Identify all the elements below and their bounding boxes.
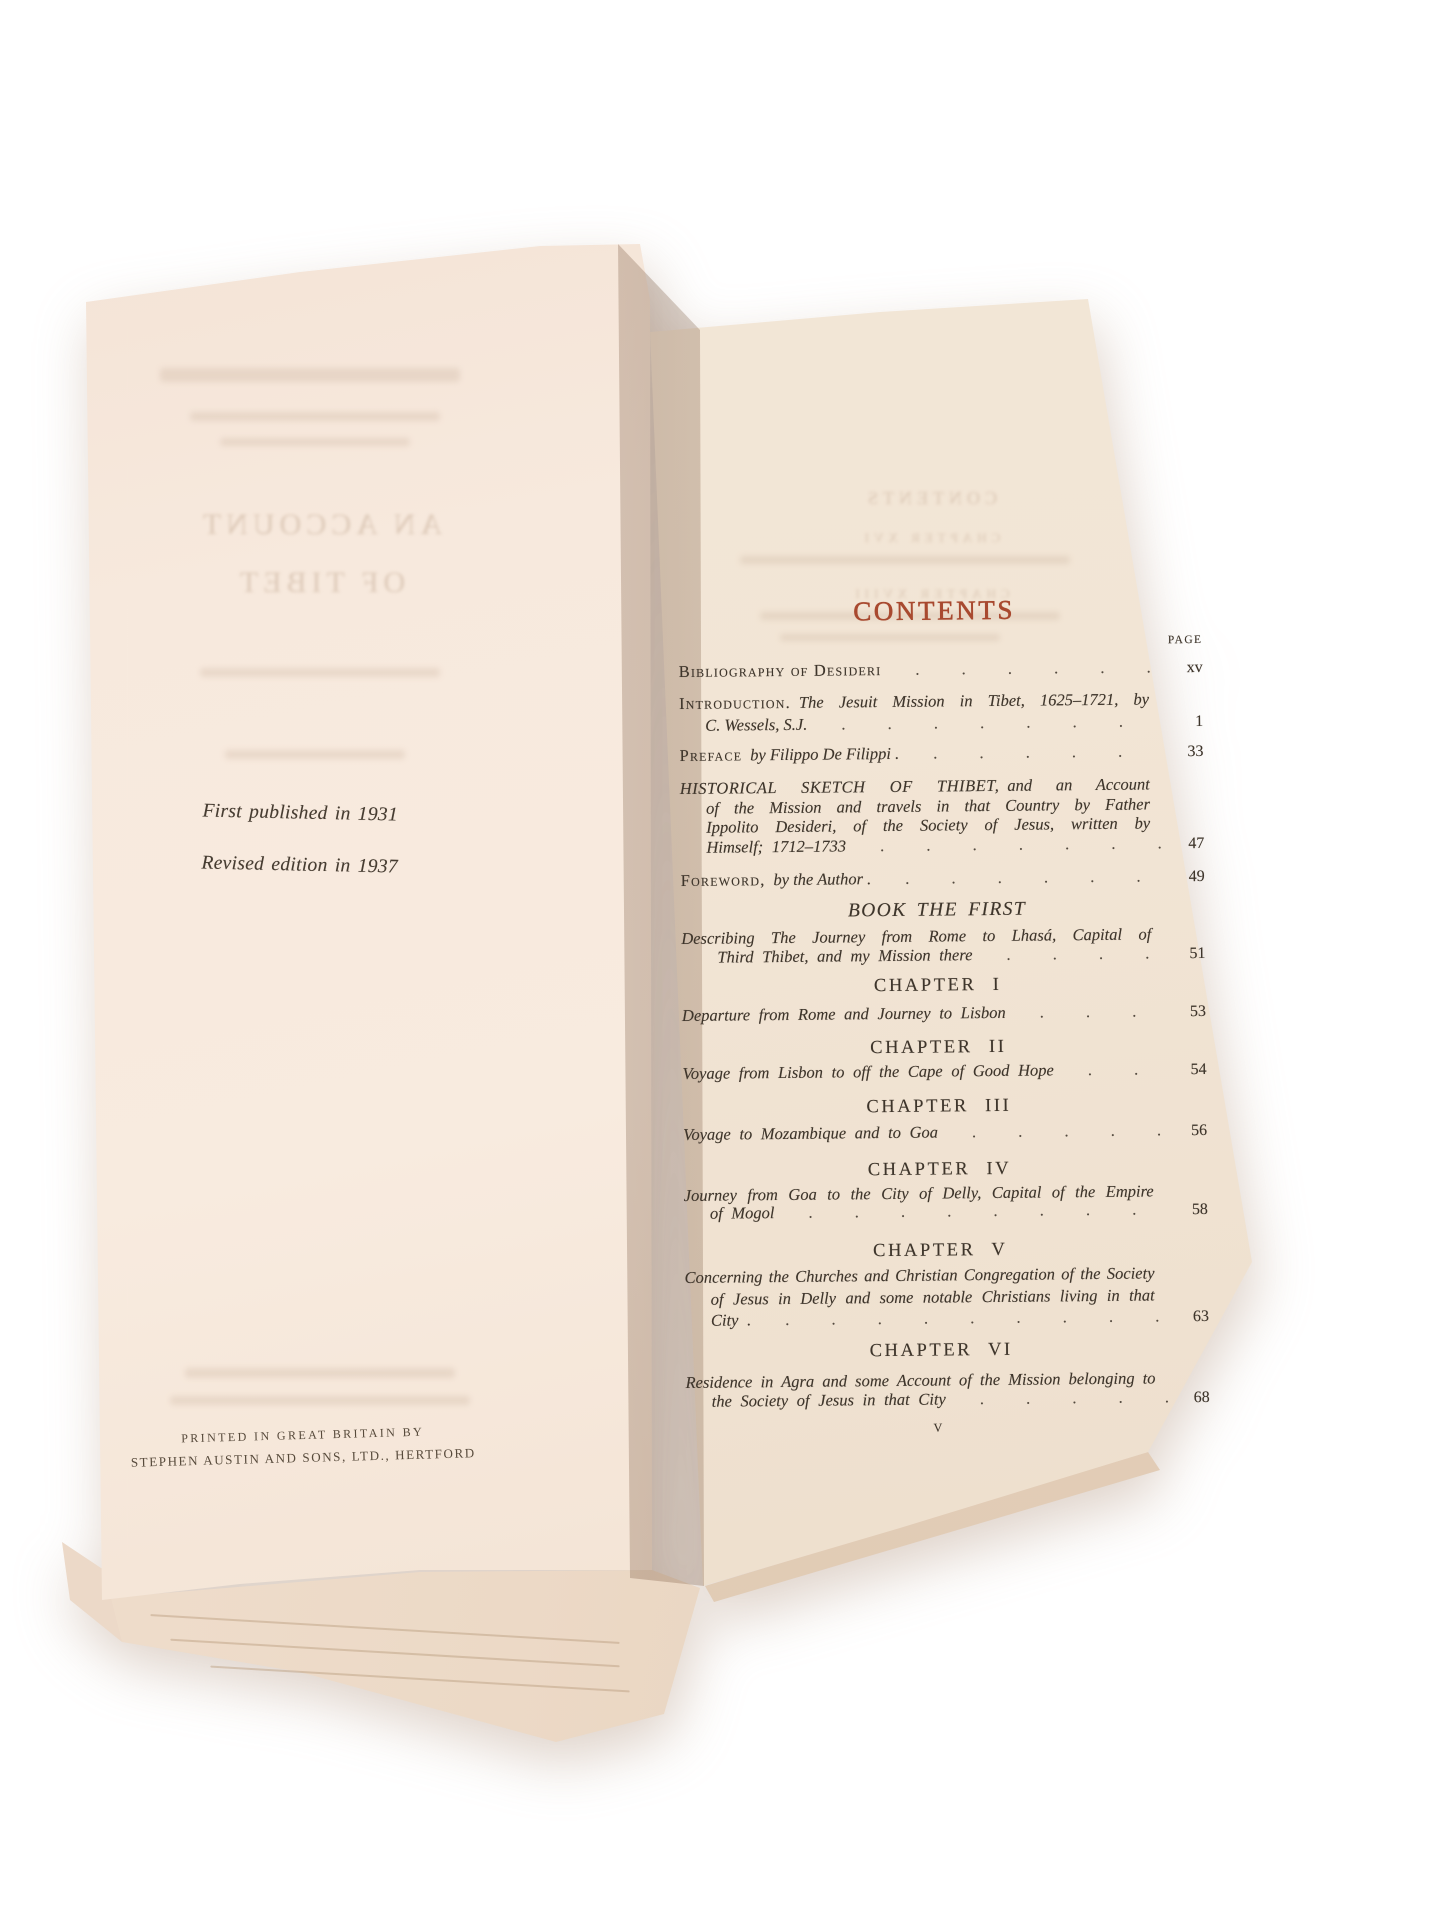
toc-page-number: 68 bbox=[1174, 1388, 1210, 1407]
dot-leader bbox=[903, 741, 1164, 762]
toc-page-number: 53 bbox=[1170, 1002, 1206, 1021]
chapter-5-line3: City . 63 bbox=[685, 1306, 1209, 1331]
toc-title: City . bbox=[711, 1310, 751, 1329]
toc-label: HISTORICAL SKETCH OF THIBET, bbox=[680, 776, 1000, 798]
toc-page-number: 49 bbox=[1169, 867, 1205, 886]
page-column-label: PAGE bbox=[678, 631, 1202, 655]
chapter-1-heading: CHAPTER I bbox=[682, 974, 1194, 998]
chapter-1-entry: Departure from Rome and Journey to Lisbo… bbox=[682, 1001, 1206, 1026]
toc-title: Voyage from Lisbon to off the Cape of Go… bbox=[682, 1060, 1053, 1083]
book-first-heading: BOOK THE FIRST bbox=[681, 898, 1193, 922]
toc-entry-preface: Preface by Filippo De Filippi . 33 bbox=[679, 741, 1203, 766]
toc-label: Introduction. bbox=[679, 693, 791, 713]
edition-line-first-published: First published in 1931 bbox=[202, 785, 443, 842]
contents-heading: CONTENTS bbox=[678, 599, 1190, 623]
dot-leader bbox=[811, 711, 1163, 733]
toc-page-number: 51 bbox=[1169, 944, 1205, 963]
chapter-6-heading: CHAPTER VI bbox=[685, 1339, 1197, 1363]
dot-leader bbox=[755, 1306, 1169, 1329]
folio-page-number: v bbox=[686, 1414, 1190, 1438]
book-first-line2: Third Thibet, and my Mission there 51 bbox=[681, 943, 1205, 968]
toc-title: the Society of Jesus in that City bbox=[712, 1389, 946, 1410]
chapter-3-heading: CHAPTER III bbox=[683, 1095, 1195, 1119]
toc-title: C. Wessels, S.J. bbox=[705, 715, 807, 735]
toc-label: Foreword, bbox=[681, 870, 766, 890]
toc-entry-foreword: Foreword, by the Author . 49 bbox=[681, 866, 1205, 891]
dot-leader bbox=[1010, 1001, 1167, 1021]
toc-label: Preface bbox=[679, 745, 742, 765]
toc-page-number: 63 bbox=[1173, 1307, 1209, 1326]
toc-page-number: xv bbox=[1167, 658, 1203, 677]
toc-title: Departure from Rome and Journey to Lisbo… bbox=[682, 1003, 1006, 1025]
toc-title: Third Thibet, and my Mission there bbox=[717, 945, 972, 966]
dot-leader bbox=[875, 866, 1165, 888]
edition-line-revised: Revised edition in 1937 bbox=[201, 837, 442, 894]
chapter-2-entry: Voyage from Lisbon to off the Cape of Go… bbox=[682, 1059, 1206, 1084]
toc-title: Voyage to Mozambique and to Goa bbox=[683, 1123, 938, 1144]
toc-page-number: 47 bbox=[1168, 834, 1204, 853]
chapter-5-line2: of Jesus in Delly and some notable Chris… bbox=[685, 1285, 1155, 1309]
dot-leader bbox=[885, 657, 1163, 679]
toc-entry-introduction-line1: Introduction.The Jesuit Mission in Tibet… bbox=[679, 689, 1149, 713]
chapter-5-heading: CHAPTER V bbox=[684, 1239, 1196, 1263]
dot-leader bbox=[976, 943, 1165, 964]
toc-page-number: 33 bbox=[1167, 742, 1203, 761]
toc-page-number: 58 bbox=[1172, 1200, 1208, 1219]
chapter-2-heading: CHAPTER II bbox=[682, 1036, 1194, 1060]
chapter-3-entry: Voyage to Mozambique and to Goa 56 bbox=[683, 1120, 1207, 1145]
toc-entry-introduction-line2: C. Wessels, S.J. 1 bbox=[679, 711, 1203, 736]
toc-title: and an Account bbox=[1007, 774, 1150, 794]
dot-leader bbox=[942, 1120, 1167, 1141]
toc-entry-bibliography: Bibliography of Desideri xv bbox=[679, 657, 1203, 682]
chapter-4-heading: CHAPTER IV bbox=[683, 1158, 1195, 1182]
chapter-5-line1: Concerning the Churches and Christian Co… bbox=[684, 1263, 1154, 1287]
toc-page-number: 54 bbox=[1170, 1060, 1206, 1079]
toc-label: Bibliography of Desideri bbox=[679, 660, 882, 681]
dot-leader bbox=[778, 1199, 1168, 1222]
open-book: AN ACCOUNTOF TIBET CONTENTSCHAPTER XVICH… bbox=[0, 0, 1445, 1927]
table-of-contents: CONTENTS PAGE Bibliography of Desideri x… bbox=[678, 593, 1210, 1468]
chapter-4-line2: of Mogol 58 bbox=[684, 1199, 1208, 1224]
toc-title: of Mogol bbox=[710, 1203, 775, 1223]
dot-leader bbox=[1058, 1059, 1167, 1079]
dot-leader bbox=[850, 833, 1164, 855]
toc-title: by the Author . bbox=[773, 869, 871, 889]
toc-page-number: 1 bbox=[1167, 712, 1203, 731]
book-photo: AN ACCOUNTOF TIBET CONTENTSCHAPTER XVICH… bbox=[0, 0, 1445, 1927]
toc-page-number: 56 bbox=[1171, 1121, 1207, 1140]
toc-title: by Filippo De Filippi . bbox=[750, 744, 899, 764]
dot-leader bbox=[950, 1387, 1170, 1408]
edition-statement: First published in 1931 Revised edition … bbox=[201, 785, 443, 894]
toc-title: Himself; 1712–1733 bbox=[706, 836, 846, 856]
chapter-6-line2: the Society of Jesus in that City 68 bbox=[686, 1387, 1210, 1412]
toc-entry-historical-line4: Himself; 1712–1733 47 bbox=[680, 833, 1204, 858]
toc-title: The Jesuit Mission in Tibet, 1625–1721, … bbox=[799, 689, 1149, 711]
